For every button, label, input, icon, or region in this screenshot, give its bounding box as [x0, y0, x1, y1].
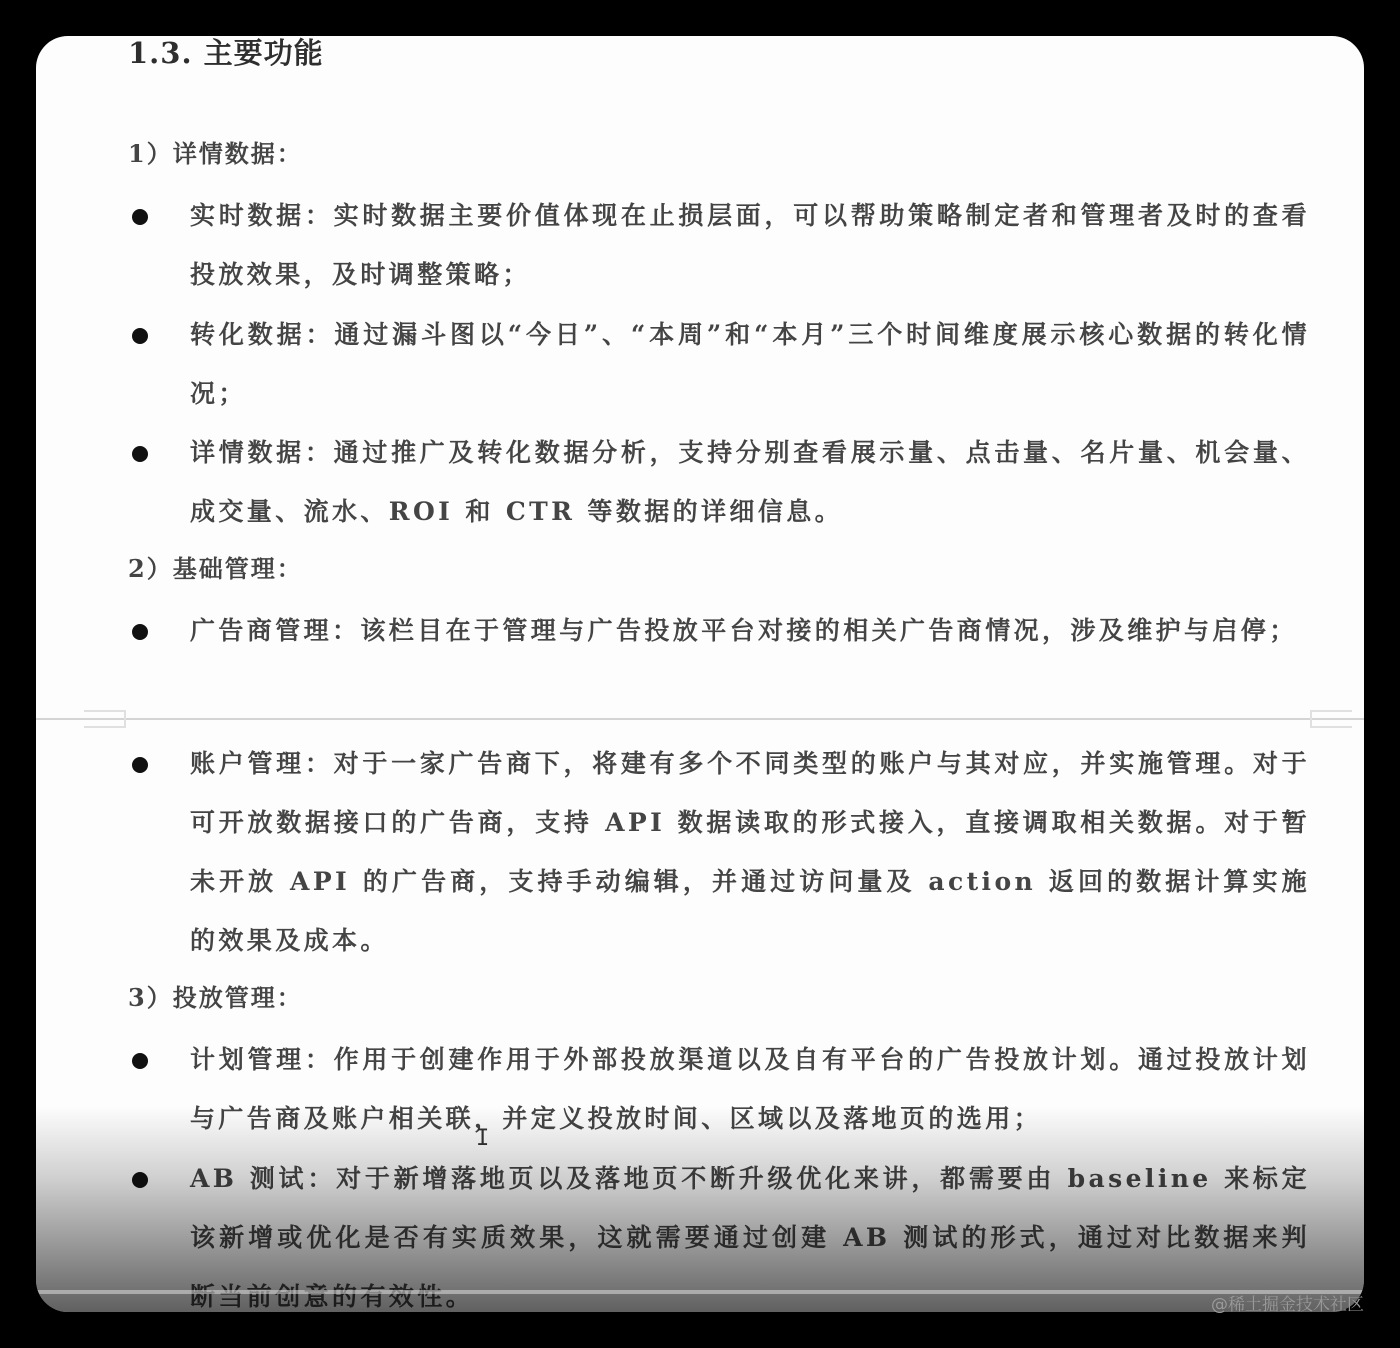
section-title-details: 1）详情数据：	[128, 138, 303, 170]
bullet-icon	[132, 209, 148, 225]
list-item-text: 账户管理：对于一家广告商下，将建有多个不同类型的账户与其对应，并实施管理。对于可…	[190, 734, 1310, 970]
list-item-text: 详情数据：通过推广及转化数据分析，支持分别查看展示量、点击量、名片量、机会量、成…	[190, 423, 1310, 541]
page-corner-mark-right	[1310, 710, 1352, 728]
section-title-delivery-management: 3）投放管理：	[128, 982, 303, 1014]
bullet-icon	[132, 1172, 148, 1188]
list-item-text: 实时数据：实时数据主要价值体现在止损层面，可以帮助策略制定者和管理者及时的查看投…	[190, 186, 1310, 304]
video-frame: 1.3. 主要功能 1）详情数据： 实时数据：实时数据主要价值体现在止损层面，可…	[36, 36, 1364, 1312]
list-item-text: 广告商管理：该栏目在于管理与广告投放平台对接的相关广告商情况，涉及维护与启停；	[190, 601, 1310, 660]
bullet-icon	[132, 1053, 148, 1069]
page-break-divider	[36, 718, 1364, 720]
list-item-text: AB 测试：对于新增落地页以及落地页不断升级优化来讲，都需要由 baseline…	[190, 1149, 1310, 1312]
bullet-icon	[132, 757, 148, 773]
page-corner-mark-left	[84, 710, 126, 728]
list-item-text: 转化数据：通过漏斗图以“今日”、“本周”和“本月”三个时间维度展示核心数据的转化…	[190, 305, 1310, 423]
section-title-basic-management: 2）基础管理：	[128, 553, 303, 585]
page-heading: 1.3. 主要功能	[128, 36, 324, 70]
watermark: @稀土掘金技术社区	[1211, 1290, 1364, 1315]
video-progress-bar[interactable]	[36, 1290, 1364, 1294]
bullet-icon	[132, 624, 148, 640]
bullet-icon	[132, 446, 148, 462]
text-cursor-icon: I	[476, 1126, 489, 1151]
list-item-text: 计划管理：作用于创建作用于外部投放渠道以及自有平台的广告投放计划。通过投放计划与…	[190, 1030, 1310, 1148]
bullet-icon	[132, 328, 148, 344]
